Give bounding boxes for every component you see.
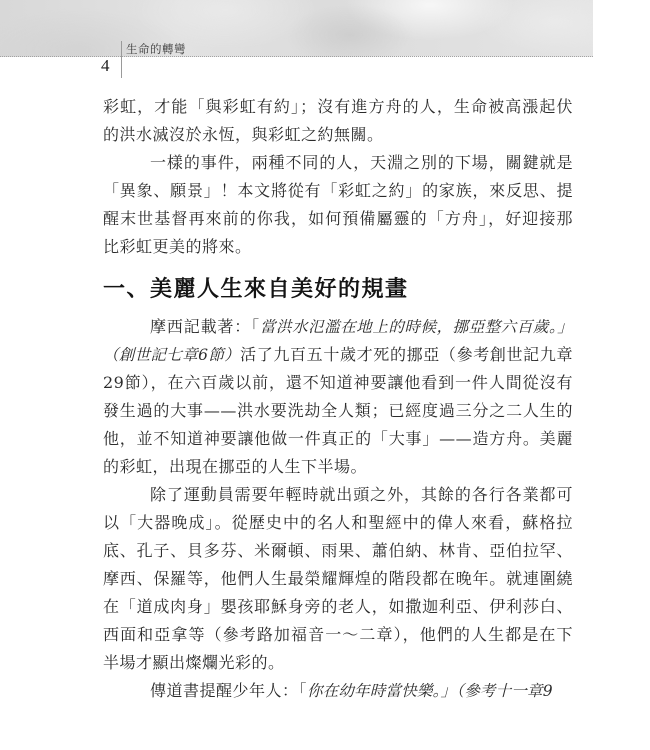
body-paragraph: 彩虹，才能「與彩虹有約」；沒有進方舟的人，生命被高漲起伏的洪水滅沒於永恆，與彩虹… bbox=[103, 93, 573, 149]
section-heading: 一、美麗人生來自美好的規畫 bbox=[103, 273, 573, 305]
scripture-quote: 你在幼年時當快樂。」（參考十一章9 bbox=[307, 682, 553, 700]
page-number: 4 bbox=[101, 56, 110, 76]
page-body: 彩虹，才能「與彩虹有約」；沒有進方舟的人，生命被高漲起伏的洪水滅沒於永恆，與彩虹… bbox=[103, 93, 573, 705]
body-text: 彩虹，才能「與彩虹有約」；沒有進方舟的人，生命被高漲起伏的洪水滅沒於永恆，與彩虹… bbox=[103, 97, 573, 144]
top-banner bbox=[0, 0, 593, 57]
page: 生命的轉彎 4 彩虹，才能「與彩虹有約」；沒有進方舟的人，生命被高漲起伏的洪水滅… bbox=[0, 0, 650, 750]
body-text: 一樣的事件，兩種不同的人，天淵之別的下場，關鍵就是「異象、願景」！本文將從有「彩… bbox=[103, 153, 573, 256]
body-text: 摩西記載著：「 bbox=[150, 317, 260, 336]
body-paragraph: 傳道書提醒少年人：「你在幼年時當快樂。」（參考十一章9 bbox=[103, 677, 573, 705]
header-vertical-rule bbox=[121, 41, 122, 78]
running-head: 生命的轉彎 bbox=[126, 41, 186, 57]
body-text: 活了九百五十歲才死的挪亞（參考創世記九章29節），在六百歲以前，還不知道神要讓他… bbox=[103, 345, 573, 476]
body-text: 除了運動員需要年輕時就出頭之外，其餘的各行各業都可以「大器晚成」。從歷史中的名人… bbox=[103, 485, 573, 672]
body-text: 傳道書提醒少年人：「 bbox=[150, 681, 307, 700]
body-paragraph: 除了運動員需要年輕時就出頭之外，其餘的各行各業都可以「大器晚成」。從歷史中的名人… bbox=[103, 481, 573, 677]
body-paragraph: 一樣的事件，兩種不同的人，天淵之別的下場，關鍵就是「異象、願景」！本文將從有「彩… bbox=[103, 149, 573, 261]
body-paragraph: 摩西記載著：「當洪水氾濫在地上的時候，挪亞整六百歲。」（創世記七章6節）活了九百… bbox=[103, 313, 573, 481]
